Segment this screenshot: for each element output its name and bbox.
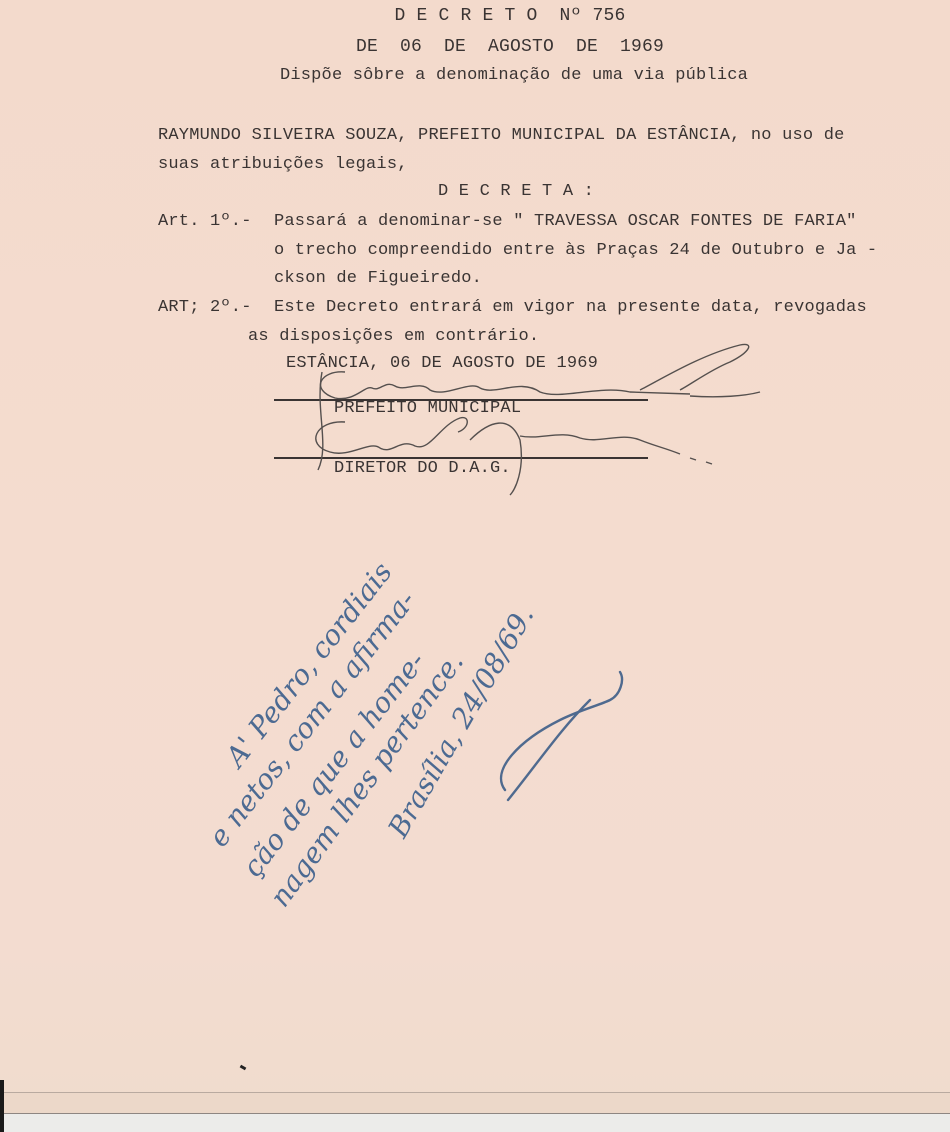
document-page: D E C R E T O Nº 756 DE 06 DE AGOSTO DE … <box>0 0 950 1112</box>
paper-fold-edge <box>0 1092 950 1115</box>
handwritten-signature-drawing <box>0 0 950 1112</box>
scanner-background <box>0 1114 950 1132</box>
scan-edge-shadow <box>0 1080 4 1132</box>
dedication-signature-underline <box>508 700 590 800</box>
